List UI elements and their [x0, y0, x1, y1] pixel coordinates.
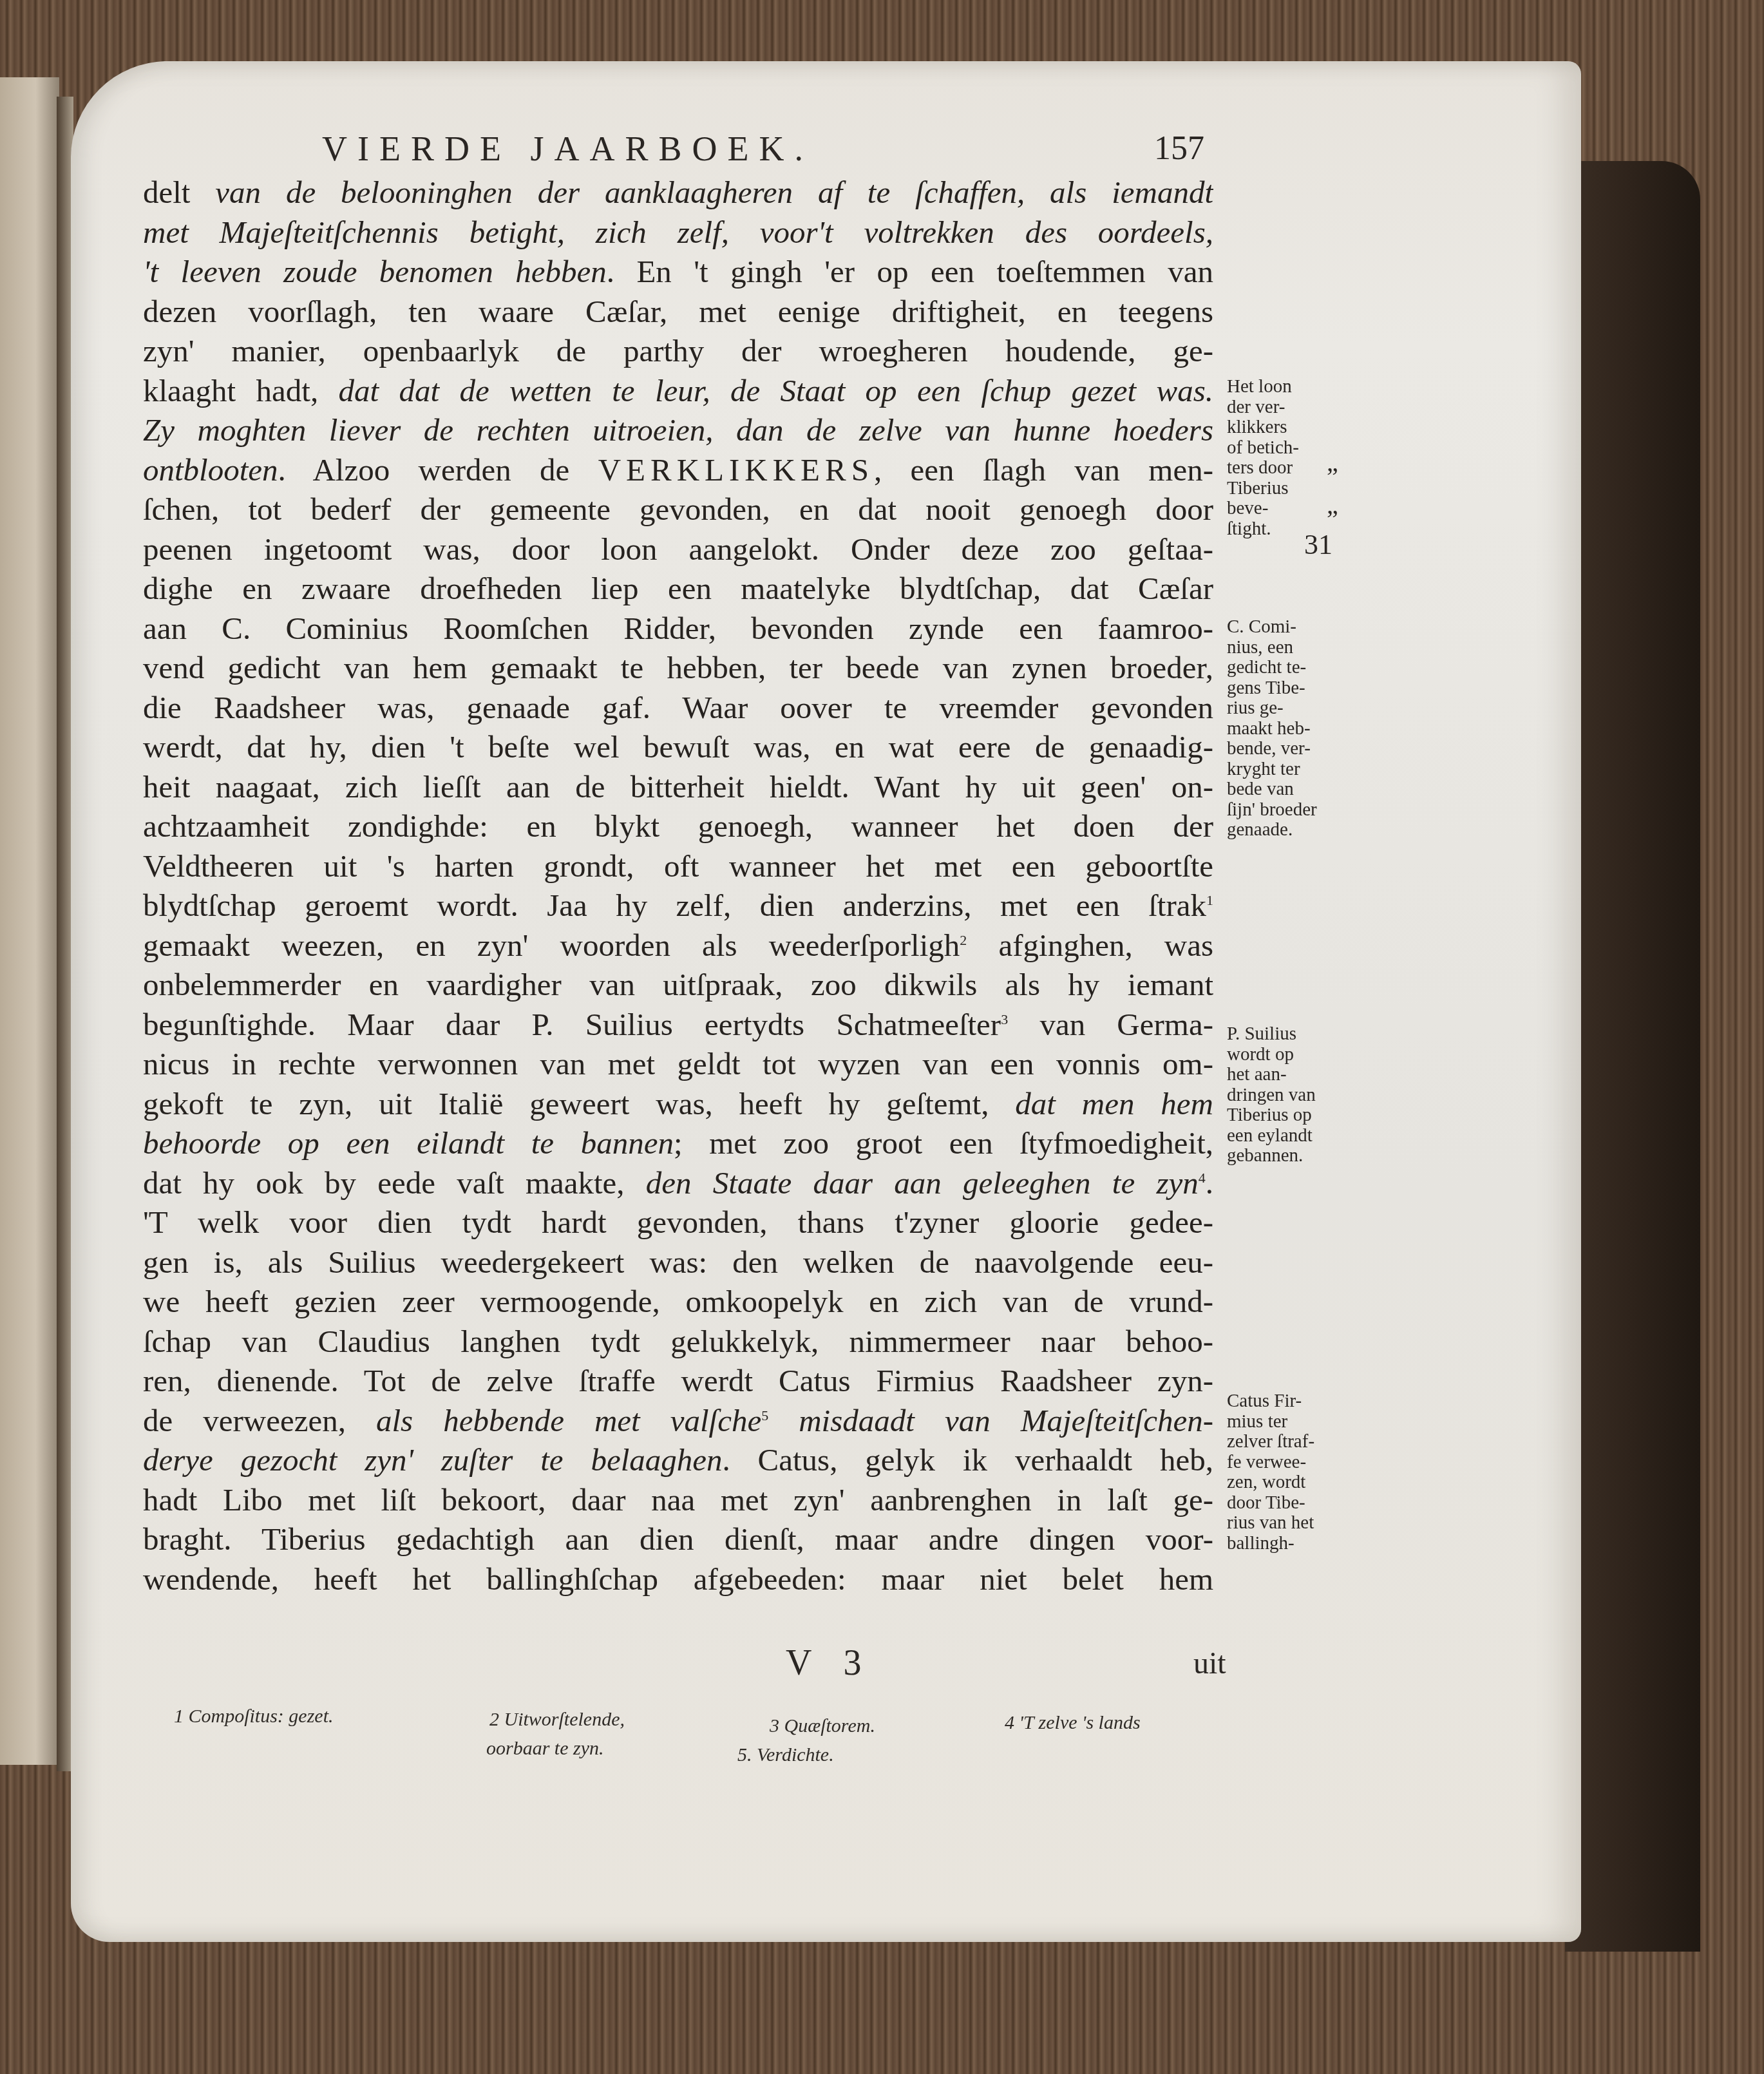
text-line: gemaakt weezen, en zyn' woorden als weed…	[143, 926, 1213, 966]
text-line: heit naagaat, zich lieſſt aan de bitterh…	[143, 767, 1213, 807]
text-line: gen is, als Suilius weedergekeert was: d…	[143, 1242, 1213, 1282]
margin-note-line: dringen van	[1227, 1085, 1356, 1106]
italic-text: misdaadt van Majeſteitſchen-	[768, 1403, 1213, 1438]
signature-mark: V 3	[786, 1642, 873, 1684]
text-span: begunſtighde. Maar daar P. Suilius eerty…	[143, 1007, 1001, 1042]
running-title: VIERDE JAARBOEK.	[322, 126, 813, 171]
text-line: achtzaamheit zondighde: en blykt genoegh…	[143, 806, 1213, 846]
margin-note-line: maakt heb-	[1227, 719, 1356, 739]
text-span: gemaakt weezen, en zyn' woorden als weed…	[143, 928, 960, 963]
text-line: ren, dienende. Tot de zelve ſtraffe werd…	[143, 1361, 1213, 1401]
margin-note-line: Tiberius op	[1227, 1105, 1356, 1126]
text-line: werdt, dat hy, dien 't beſte wel bewuſt …	[143, 727, 1213, 767]
text-span: . Alzoo werden de	[278, 452, 598, 488]
margin-note-line: mius ter	[1227, 1412, 1356, 1432]
text-line: delt van de belooninghen der aanklaagher…	[143, 173, 1213, 213]
margin-note-line: P. Suilius	[1227, 1024, 1356, 1045]
text-span: . Catus, gelyk ik verhaaldt heb,	[723, 1442, 1214, 1478]
italic-text: als hebbende met valſche	[376, 1403, 761, 1438]
margin-note-line: fe verwee-	[1227, 1452, 1356, 1473]
margin-note-line: ſijn' broeder	[1227, 800, 1356, 821]
text-line: we heeft gezien zeer vermoogende, omkoop…	[143, 1282, 1213, 1322]
text-span: achtzaamheit zondighde: en blykt genoegh…	[143, 808, 1213, 844]
margin-note-line: gens Tibe-	[1227, 678, 1356, 699]
margin-note-line: ballingh-	[1227, 1534, 1356, 1554]
footnote: 4 'T zelve 's lands	[1005, 1710, 1141, 1736]
text-span: dezen voorſlagh, ten waare Cæſar, met ee…	[143, 294, 1213, 329]
italic-text: van de belooninghen der aanklaagheren af…	[215, 175, 1213, 210]
text-span: zyn' manier, openbaarlyk de parthy der w…	[143, 333, 1213, 368]
text-line: aan C. Cominius Roomſchen Ridder, bevond…	[143, 609, 1213, 649]
text-span: onbelemmerder en vaardigher van uitſpraa…	[143, 967, 1213, 1002]
text-line: hadt Libo met liſt bekoort, daar naa met…	[143, 1480, 1213, 1520]
italic-text: met Majeſteitſchennis betight, zich zelf…	[143, 214, 1213, 250]
footnote: 1 Compoſitus: gezet.	[174, 1704, 334, 1729]
margin-note-line: door Tibe-	[1227, 1493, 1356, 1514]
margin-note-line: zen, wordt	[1227, 1472, 1356, 1493]
margin-note-line: zelver ſtraf-	[1227, 1432, 1356, 1452]
text-span: blydtſchap geroemt wordt. Jaa hy zelf, d…	[143, 888, 1206, 923]
text-line: Veldtheeren uit 's harten grondt, oft wa…	[143, 846, 1213, 886]
margin-note-line: wordt op	[1227, 1045, 1356, 1065]
footnote: 3 Quæſtorem.	[770, 1713, 875, 1739]
text-span: VERKLIKKERS	[598, 452, 874, 488]
margin-note: P. Suiliuswordt ophet aan-dringen vanTib…	[1227, 1024, 1356, 1166]
margin-note-line: Catus Fir-	[1227, 1391, 1356, 1412]
italic-text: dat men hem	[1015, 1086, 1213, 1121]
margin-note-line: nius, een	[1227, 638, 1356, 658]
footnote-continuation: oorbaar te zyn.	[486, 1736, 604, 1762]
text-span: dat hy ook by eede vaſt maakte,	[143, 1165, 646, 1201]
margin-note-line: kryght ter	[1227, 759, 1356, 780]
text-line: braght. Tiberius gedachtigh aan dien die…	[143, 1519, 1213, 1559]
text-line: dat hy ook by eede vaſt maakte, den Staa…	[143, 1163, 1213, 1203]
margin-note-line: genaade.	[1227, 820, 1356, 841]
footnote-marker: 3	[1001, 1011, 1008, 1027]
text-line: zyn' manier, openbaarlyk de parthy der w…	[143, 331, 1213, 371]
text-span: vend gedicht van hem gemaakt te hebben, …	[143, 650, 1213, 685]
margin-note: Catus Fir-mius terzelver ſtraf-fe verwee…	[1227, 1391, 1356, 1554]
text-span: werdt, dat hy, dien 't beſte wel bewuſt …	[143, 729, 1213, 765]
text-line: met Majeſteitſchennis betight, zich zelf…	[143, 213, 1213, 252]
text-span: wendende, heeft het ballinghſchap afgebe…	[143, 1561, 1213, 1597]
text-span: delt	[143, 175, 215, 210]
body-text: delt van de belooninghen der aanklaagher…	[143, 173, 1213, 1599]
text-line: onbelemmerder en vaardigher van uitſpraa…	[143, 965, 1213, 1005]
text-span: aan C. Cominius Roomſchen Ridder, bevond…	[143, 611, 1213, 646]
text-span: heit naagaat, zich lieſſt aan de bitterh…	[143, 769, 1213, 804]
text-span: braght. Tiberius gedachtigh aan dien die…	[143, 1521, 1213, 1557]
text-line: dighe en zwaare droefheden liep een maat…	[143, 569, 1213, 609]
text-span: die Raadsheer was, genaade gaf. Waar oov…	[143, 690, 1213, 725]
text-line: dezen voorſlagh, ten waare Cæſar, met ee…	[143, 292, 1213, 332]
italic-text: 't leeven zoude benomen hebben	[143, 254, 607, 289]
text-line: ontblooten. Alzoo werden de VERKLIKKERS,…	[143, 450, 1213, 490]
margin-note-line: gedicht te-	[1227, 658, 1356, 678]
running-head: VIERDE JAARBOEK. 157	[322, 126, 1224, 171]
text-span: Veldtheeren uit 's harten grondt, oft wa…	[143, 848, 1213, 884]
text-line: nicus in rechte verwonnen van met geldt …	[143, 1044, 1213, 1084]
text-span: .	[1206, 1165, 1213, 1201]
italic-text: behoorde op een eilandt te bannen	[143, 1125, 674, 1161]
margin-note-line: Het loon	[1227, 377, 1356, 397]
italic-text: derye gezocht zyn' zuſter te belaaghen	[143, 1442, 723, 1478]
footnote: 5. Verdichte.	[737, 1742, 834, 1768]
margin-note-line: klikkers	[1227, 417, 1356, 438]
footnote-marker: 5	[761, 1407, 768, 1423]
margin-note-line: C. Comi-	[1227, 617, 1356, 638]
quote-mark: ”	[1327, 464, 1338, 490]
book-fore-edge	[1565, 161, 1700, 1952]
text-span: 'T welk voor dien tydt hardt gevonden, t…	[143, 1204, 1213, 1240]
text-span: gen is, als Suilius weedergekeert was: d…	[143, 1244, 1213, 1280]
text-line: vend gedicht van hem gemaakt te hebben, …	[143, 648, 1213, 688]
footnote: 2 Uitworſtelende,	[489, 1707, 625, 1733]
text-line: 't leeven zoude benomen hebben. En 't gi…	[143, 252, 1213, 292]
italic-text: ontblooten	[143, 452, 278, 488]
text-span: ſchap van Claudius langhen tydt gelukkel…	[143, 1324, 1213, 1359]
margin-note-line: der ver-	[1227, 397, 1356, 418]
text-span: afginghen, was	[967, 928, 1213, 963]
italic-text: dat dat de wetten te leur, de Staat op e…	[339, 373, 1214, 408]
text-line: gekoft te zyn, uit Italië geweert was, h…	[143, 1084, 1213, 1124]
margin-note-line: rius ge-	[1227, 698, 1356, 719]
text-span: de verweezen,	[143, 1403, 376, 1438]
text-span: gekoft te zyn, uit Italië geweert was, h…	[143, 1086, 1015, 1121]
text-line: blydtſchap geroemt wordt. Jaa hy zelf, d…	[143, 886, 1213, 926]
text-line: derye gezocht zyn' zuſter te belaaghen. …	[143, 1440, 1213, 1480]
text-line: ſchap van Claudius langhen tydt gelukkel…	[143, 1322, 1213, 1362]
margin-note-line: bende, ver-	[1227, 739, 1356, 759]
text-line: klaaght hadt, dat dat de wetten te leur,…	[143, 371, 1213, 411]
italic-text: den Staate daar aan geleeghen te zyn	[646, 1165, 1199, 1201]
italic-text: Zy moghten liever de rechten uitroeien, …	[143, 412, 1213, 448]
text-span: . En 't gingh 'er op een toeſtemmen van	[607, 254, 1213, 289]
text-span: we heeft gezien zeer vermoogende, omkoop…	[143, 1284, 1213, 1319]
text-span: klaaght hadt,	[143, 373, 339, 408]
text-line: die Raadsheer was, genaade gaf. Waar oov…	[143, 688, 1213, 728]
margin-note-line: rius van het	[1227, 1513, 1356, 1534]
text-span: peenen ingetoomt was, door loon aangelok…	[143, 531, 1213, 567]
text-line: peenen ingetoomt was, door loon aangelok…	[143, 529, 1213, 569]
text-span: ſchen, tot bederf der gemeente gevonden,…	[143, 491, 1213, 527]
footnote-marker: 1	[1206, 892, 1213, 908]
text-line: ſchen, tot bederf der gemeente gevonden,…	[143, 490, 1213, 529]
margin-note-line: gebannen.	[1227, 1146, 1356, 1166]
footnote-marker: 4	[1199, 1169, 1206, 1185]
left-page-edge	[0, 77, 59, 1765]
footnote-marker: 2	[960, 931, 967, 947]
text-span: ; met zoo groot een ſtyfmoedigheit,	[674, 1125, 1213, 1161]
text-span: nicus in rechte verwonnen van met geldt …	[143, 1046, 1213, 1081]
text-line: de verweezen, als hebbende met valſche5 …	[143, 1401, 1213, 1441]
page-number: 157	[1154, 126, 1204, 171]
text-span: , een ſlagh van men-	[874, 452, 1213, 488]
margin-note-line: een eylandt	[1227, 1126, 1356, 1146]
margin-note: C. Comi-nius, eengedicht te-gens Tibe-ri…	[1227, 617, 1356, 841]
text-span: dighe en zwaare droefheden liep een maat…	[143, 571, 1213, 606]
marginal-line-number: 31	[1304, 528, 1332, 561]
text-line: 'T welk voor dien tydt hardt gevonden, t…	[143, 1203, 1213, 1242]
text-line: Zy moghten liever de rechten uitroeien, …	[143, 410, 1213, 450]
margin-note-line: of betich-	[1227, 438, 1356, 459]
margin-note-line: bede van	[1227, 779, 1356, 800]
text-span: ren, dienende. Tot de zelve ſtraffe werd…	[143, 1363, 1213, 1398]
text-line: wendende, heeft het ballinghſchap afgebe…	[143, 1559, 1213, 1599]
text-line: behoorde op een eilandt te bannen; met z…	[143, 1123, 1213, 1163]
catchword: uit	[1193, 1646, 1226, 1681]
text-span: van Germa-	[1008, 1007, 1213, 1042]
text-line: begunſtighde. Maar daar P. Suilius eerty…	[143, 1005, 1213, 1045]
text-span: hadt Libo met liſt bekoort, daar naa met…	[143, 1482, 1213, 1517]
margin-note-line: het aan-	[1227, 1065, 1356, 1085]
